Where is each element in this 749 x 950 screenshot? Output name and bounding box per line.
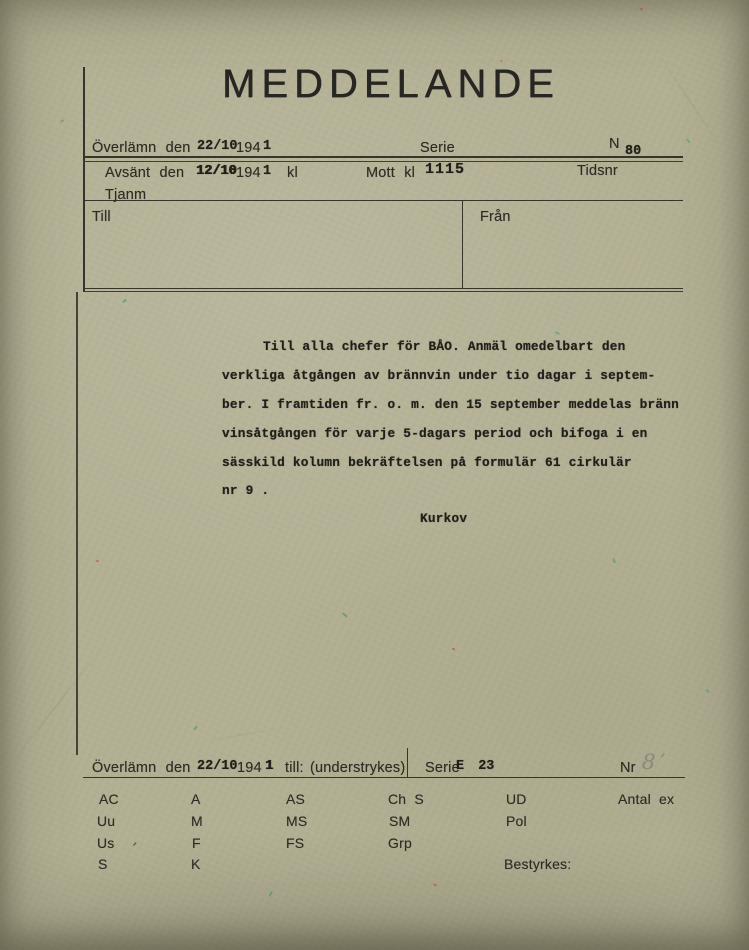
header-double-rule-top xyxy=(83,156,683,158)
field-serie-label: Serie xyxy=(420,140,455,156)
field-mott-label: Mott kl xyxy=(366,165,415,181)
footer-year-printed: 194 xyxy=(237,760,262,776)
paper-fiber xyxy=(452,648,455,650)
box-bottom-rule-bottom xyxy=(83,291,683,292)
dist-cell: F xyxy=(192,835,201,851)
footer-overlamn-label: Överlämn den xyxy=(92,760,190,776)
year-typed-digit: 1 xyxy=(263,139,271,154)
field-till-label: Till xyxy=(92,209,111,225)
paper-fiber xyxy=(60,119,64,122)
dist-cell: S xyxy=(98,856,108,872)
left-vertical-rule-bottom xyxy=(76,292,78,755)
dist-cell: UD xyxy=(506,791,527,807)
dist-cell: Pol xyxy=(506,813,527,829)
footer-serie-value: E 23 xyxy=(456,759,494,774)
paper-fiber xyxy=(193,725,197,730)
paper-fiber xyxy=(687,138,691,143)
field-fran-label: Från xyxy=(480,209,511,225)
dist-cell: A xyxy=(191,791,201,807)
dist-cell: AC xyxy=(99,791,119,807)
message-line: ber. I framtiden fr. o. m. den 15 septem… xyxy=(222,397,679,412)
dist-cell: SM xyxy=(389,813,410,829)
paper-fiber xyxy=(640,8,644,11)
dist-cell: Ch S xyxy=(388,791,424,807)
year-printed: 194 xyxy=(236,140,261,156)
message-line: sässkild kolumn bekräftelsen på formulär… xyxy=(222,455,632,470)
dist-cell: FS xyxy=(286,835,304,851)
header-double-rule-bottom xyxy=(83,161,683,162)
paper-crease xyxy=(197,726,286,744)
box-bottom-rule-top xyxy=(83,288,683,290)
footer-rule xyxy=(83,777,685,779)
field-avsant-label: Avsänt den xyxy=(105,165,184,181)
paper-fiber xyxy=(706,689,710,693)
footer-nr-stray-mark: ʹ xyxy=(656,751,666,770)
footer-serie-divider xyxy=(407,748,408,778)
paper-fiber xyxy=(613,558,616,563)
message-line: vinsåtgången för varje 5-dagars period o… xyxy=(222,426,648,441)
footer-serie-label: Serie xyxy=(425,760,460,776)
avsant-year-typed-digit: 1 xyxy=(263,164,271,179)
field-tidsnr-label: Tidsnr xyxy=(577,163,618,179)
field-tjanm-label: Tjanm xyxy=(105,187,146,203)
n-value: 80 xyxy=(625,144,641,159)
till-fran-divider xyxy=(462,200,463,289)
footer-nr-label: Nr xyxy=(620,760,636,776)
scanned-form-page: MEDDELANDE Överlämn den 22/10 194 1 Seri… xyxy=(0,0,749,950)
paper-crease xyxy=(655,50,724,151)
message-line: verkliga åtgången av brännvin under tio … xyxy=(222,368,655,383)
message-line: Till alla chefer för BÅO. Anmäl omedelba… xyxy=(263,339,625,354)
field-kl-label: kl xyxy=(287,165,298,181)
dist-cell: AS xyxy=(286,791,305,807)
paper-fiber xyxy=(269,891,273,896)
dist-cell: MS xyxy=(286,813,307,829)
paper-fiber xyxy=(433,883,437,887)
footer-till-label: till: (understrykes) xyxy=(285,760,405,776)
footer-date-value: 22/10 xyxy=(197,759,238,774)
paper-fiber xyxy=(96,560,99,563)
paper-fiber xyxy=(342,612,348,617)
dist-cell: Us xyxy=(97,835,115,851)
paper-fiber xyxy=(555,331,560,334)
avsant-date-value: 12/10 xyxy=(196,164,237,179)
left-vertical-rule-top xyxy=(83,67,85,291)
avsant-year-printed: 194 xyxy=(236,165,261,181)
form-title: MEDDELANDE xyxy=(222,62,560,107)
mott-value: 1115 xyxy=(425,161,465,178)
dist-cell: Grp xyxy=(388,835,412,851)
tjanm-row-rule xyxy=(83,200,683,201)
paper-crease xyxy=(4,637,110,772)
dist-cell: Antal ex xyxy=(618,791,674,807)
footer-year-typed-digit: 1 xyxy=(265,759,273,774)
dist-cell: M xyxy=(191,813,203,829)
overlamn-date-value: 22/10 xyxy=(197,139,238,154)
message-signature: Kurkov xyxy=(420,511,467,526)
field-n-label: N xyxy=(609,136,620,152)
dist-cell-bestyrkes: Bestyrkes: xyxy=(504,856,571,872)
dist-cell: Uu xyxy=(97,813,115,829)
paper-fiber xyxy=(122,299,127,303)
field-overlamn-label: Överlämn den xyxy=(92,140,190,156)
footer-nr-value-handwritten: 8 xyxy=(641,750,656,775)
pen-tick-mark: ʹ xyxy=(128,840,138,858)
dist-cell: K xyxy=(191,856,201,872)
message-line: nr 9 . xyxy=(222,483,269,498)
